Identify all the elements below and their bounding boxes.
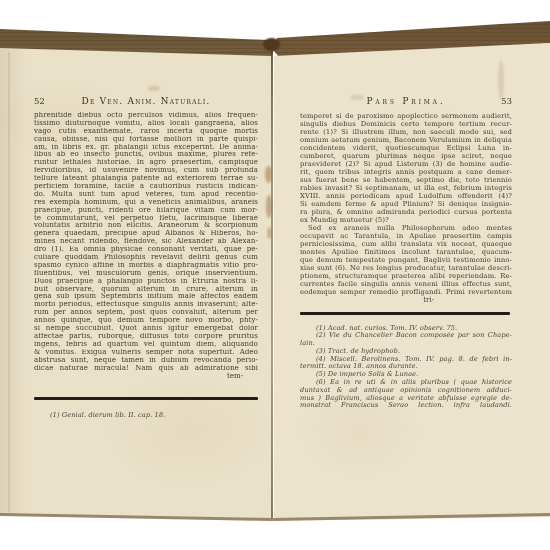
footnote-line: (2) Vie du Chancelier Bacon composée par…	[300, 332, 512, 340]
footnote-line: lain.	[300, 340, 512, 348]
body-line: eodemque semper remedio profligandi. Pri…	[300, 288, 512, 296]
body-line: gena sub ipsum Septembris initium male a…	[34, 293, 258, 301]
body-line: singulis diebus Dominicis certo tempore …	[300, 120, 512, 128]
right-page-number: 53	[488, 97, 512, 107]
footnote-line: duntaxat & ad antiquae opinionis cogniti…	[300, 387, 512, 395]
body-line: causa, obiisse, nisi qui fortasse mollio…	[34, 136, 258, 144]
body-line: cumberet, quarum plurimas neque ipse sci…	[300, 152, 512, 160]
body-line: genera quaedam, precipue apud Albanos & …	[34, 230, 258, 238]
body-line: phrenitide diebus octo perculsos vidimus…	[34, 112, 258, 120]
body-line: am, in libris ex. gr. phalangii ictus ex…	[34, 144, 258, 152]
body-line: concidentem viderit, quotiescumque Eclip…	[300, 144, 512, 152]
body-line: rente (1)? Si illustrem illum, non saecu…	[300, 128, 512, 136]
body-line: vago cutis exanthemate, raros incerta qu…	[34, 128, 258, 136]
body-line: voluntatis arbitrio non elicitis. Araneo…	[34, 222, 258, 230]
left-running-header-row: 52 De Ven. Anim. Naturali.	[34, 97, 258, 109]
page-crease	[8, 52, 10, 512]
left-running-header: De Ven. Anim. Naturali.	[58, 97, 234, 107]
body-line: spasmo cynico affine in morbis a diaphra…	[34, 262, 258, 270]
body-line: xiae sunt (6). Ne res longius producatur…	[300, 264, 512, 272]
book-gutter	[271, 50, 273, 518]
body-line: praecipue, puncti, ridenti ore hilarique…	[34, 207, 258, 215]
body-line: temperet si de paroxismo apoplectico ser…	[300, 112, 512, 120]
right-footnotes: (1) Acad. nat. curios. Tom. IV. observ. …	[300, 325, 512, 411]
body-line: annos quinque, quo demum tempore novo mo…	[34, 317, 258, 325]
foxing-spot	[266, 195, 272, 218]
right-running-header-row: Pars Prima. 53	[300, 97, 512, 109]
footnote-line: (3) Tract. de hydrophob.	[300, 348, 512, 356]
body-line: rabies invasit? Si septimanam, ut illa e…	[300, 184, 512, 192]
body-line: omnium aetatum genium, Baconem Verulamiu…	[300, 136, 512, 144]
body-line: XVIII. annis periodicam apud Ludolfum of…	[300, 192, 512, 200]
footnote-line: (1) Genial. dierum lib. II. cap. 18.	[34, 412, 258, 420]
left-body-text: phrenitide diebus octo perculsos vidimus…	[34, 112, 258, 372]
body-line: rum per annos septem, post quos convalui…	[34, 309, 258, 317]
body-line: currentes facile singulis annis veneni i…	[300, 280, 512, 288]
body-line: Duos praecipue a phalangio punctos in Et…	[34, 278, 258, 286]
right-body-text: temperet si de paroxismo apoplectico ser…	[300, 112, 512, 296]
footnote-line: (4) Miscell. Berolinens. Tom. IV. pag. 8…	[300, 356, 512, 364]
body-line: ra plura, & omnino admiranda periodici c…	[300, 208, 512, 216]
footnote-line: (6) Ea in re uti & in aliis pluribus ( q…	[300, 379, 512, 387]
body-line: perficiem foramine, facile a cautioribus…	[34, 183, 258, 191]
body-line: fluentibus, vel musculorum genis, orique…	[34, 270, 258, 278]
body-line: tissimo diuturnoque vomitu, alios locali…	[34, 120, 258, 128]
body-line: que demum tempestate pungant, Baglivii t…	[300, 256, 512, 264]
right-page: Pars Prima. 53 temperet si de paroxismo …	[300, 97, 512, 410]
footnote-line: mus ) Baglivium, aliosque a veritate abf…	[300, 395, 512, 403]
body-line: fervidioribus, id usuvenire novimus, cum…	[34, 167, 258, 175]
foxing-spot	[267, 227, 272, 239]
left-footnote-rule	[34, 397, 258, 400]
left-catchword: tem-	[34, 372, 258, 380]
body-line: ptionem, structuramque praeterea alibi r…	[300, 272, 512, 280]
body-line: montes Apuliae finitimos incolunt tarant…	[300, 248, 512, 256]
body-line: dro (1). Ea omnia physicae consonant ver…	[34, 246, 258, 254]
body-line: ex Mundig mutuetur (5)?	[300, 216, 512, 224]
left-footnotes: (1) Genial. dierum lib. II. cap. 18.	[34, 412, 258, 420]
body-line: & vomitus. Exigua vulneris semper nota s…	[34, 349, 258, 357]
foxing-spot	[263, 38, 280, 51]
body-line: culiare quoddam Philosophis revelavit de…	[34, 254, 258, 262]
body-line: te commutarunt, vel perpetuo fletu, lacr…	[34, 215, 258, 223]
body-line: buit observare, quorum alterum in crure,…	[34, 286, 258, 294]
footnote-line: termitt. octava 18. annos durante.	[300, 363, 512, 371]
body-line: rit, quem tribus integris annis postquam…	[300, 168, 512, 176]
body-line: mines necant ridendo, flendove, sic Alex…	[34, 238, 258, 246]
body-line: abstrusa sunt, neque tamen in dubium rev…	[34, 357, 258, 365]
foxing-spot	[498, 60, 504, 100]
left-page-number: 52	[34, 97, 58, 107]
book-photo: 52 De Ven. Anim. Naturali. phrenitide di…	[0, 0, 550, 550]
body-line: Si eamdem ferme & apud Plinium? Si deniq…	[300, 200, 512, 208]
footnote-line: monstrat Franciscus Serao lection. infra…	[300, 402, 512, 410]
body-line: praevideret (2)? Si apud Listerum (3) de…	[300, 160, 512, 168]
body-line: affectae partis, ruborque, diffusus toto…	[34, 333, 258, 341]
footnote-line: (5) De imperio Solis & Lunae.	[300, 371, 512, 379]
left-page: 52 De Ven. Anim. Naturali. phrenitide di…	[34, 97, 258, 420]
right-footnote-rule	[300, 312, 510, 315]
body-line: do. Multa sunt tum apud veteres, tum apu…	[34, 191, 258, 199]
body-line: morbi periodus, effectusque singulis ann…	[34, 301, 258, 309]
body-line: Sed ex araneis nulla Philosophorum adeo …	[300, 224, 512, 232]
right-running-header: Pars Prima.	[324, 97, 488, 107]
footnote-line: (1) Acad. nat. curios. Tom. IV. observ. …	[300, 325, 512, 333]
foxing-spot	[265, 166, 272, 183]
body-line: libus ab eo insecto punctis, ovibus maxi…	[34, 151, 258, 159]
body-line: sus fuerat bene se habentem, septimo die…	[300, 176, 512, 184]
right-catchword: tri-	[300, 296, 512, 304]
body-line: occupavit ac Tarantula, in Apuliae praes…	[300, 232, 512, 240]
body-line: res exempla hominum, qui a veneficis ani…	[34, 199, 258, 207]
body-line: runtur lethales historiae. In agro praes…	[34, 159, 258, 167]
body-line: dicae naturae miracula! Nam quis ab admi…	[34, 365, 258, 373]
body-line: tellure lateant phalangia patente ad ext…	[34, 175, 258, 183]
body-line: perniciosissima, cum alibi translata vix…	[300, 240, 512, 248]
body-line: ingens, febris ad quartum vel quintum di…	[34, 341, 258, 349]
body-line: si nempe succubuit. Quot annis igitur em…	[34, 325, 258, 333]
foxing-spot	[148, 86, 160, 91]
